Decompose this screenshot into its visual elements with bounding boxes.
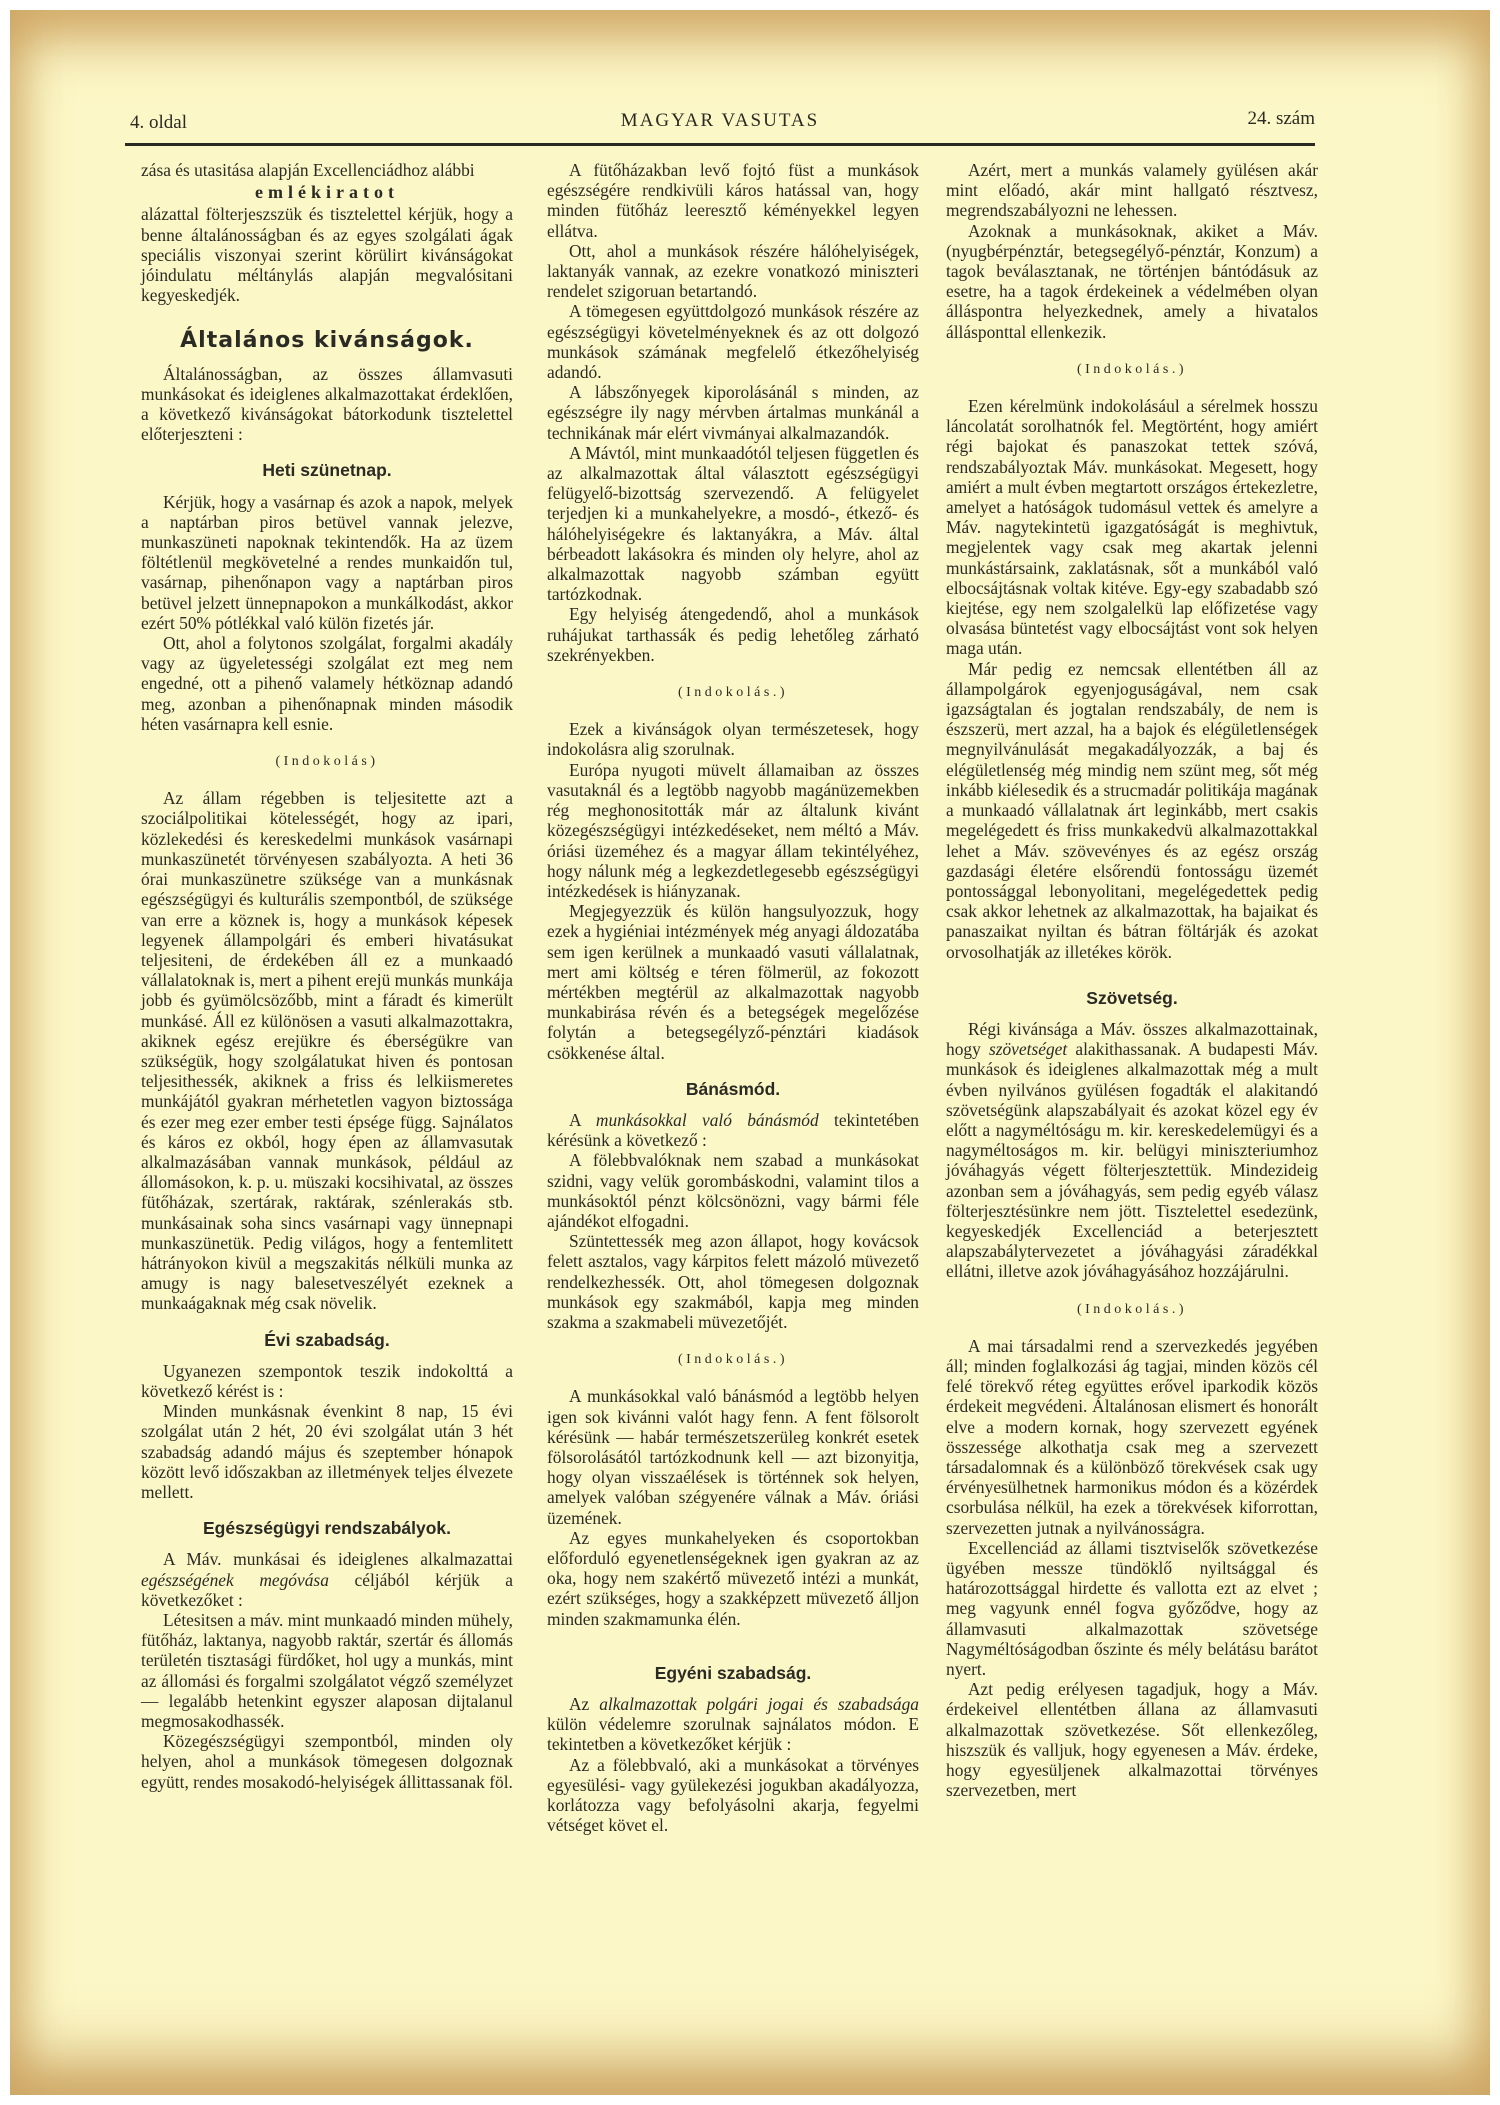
paragraph: Azt pedig erélyesen tagadjuk, hogy a Máv… <box>946 1679 1318 1800</box>
paragraph: Az egyes munkahelyeken és csoportokban e… <box>547 1528 919 1629</box>
paragraph: Kérjük, hogy a vasárnap és azok a napok,… <box>141 492 513 633</box>
paragraph: Európa nyugoti müvelt államaiban az össz… <box>547 760 919 901</box>
subheading-weekly-rest-day: Heti szünetnap. <box>141 460 513 480</box>
justification-label: (Indokolás.) <box>547 683 919 703</box>
subheading-personal-freedom: Egyéni szabadság. <box>547 1663 919 1683</box>
subheading-treatment: Bánásmód. <box>547 1079 919 1099</box>
paragraph: Azoknak a munkásoknak, akiket a Máv. (ny… <box>946 221 1318 342</box>
paragraph: zása és utasitása alapján Excellenciádho… <box>141 160 513 180</box>
paragraph: A fölebbvalóknak nem szabad a munkásokat… <box>547 1150 919 1231</box>
paragraph: Szüntettessék meg azon állapot, hogy kov… <box>547 1231 919 1332</box>
subheading-health-rules: Egészségügyi rendszabályok. <box>141 1518 513 1538</box>
paragraph: Régi kivánsága a Máv. összes alkalmazott… <box>946 1019 1318 1282</box>
paragraph: A lábszőnyegek kiporolásánál s minden, a… <box>547 382 919 443</box>
paragraph: Általánosságban, az összes államvasuti m… <box>141 364 513 445</box>
paragraph: Minden munkásnak évenkint 8 nap, 15 évi … <box>141 1401 513 1502</box>
paragraph: Létesitsen a máv. mint munkaadó minden m… <box>141 1610 513 1731</box>
paragraph: Az állam régebben is teljesitette azt a … <box>141 788 513 1313</box>
issue-number: 24. szám <box>1247 108 1315 130</box>
column-2: A fütőházakban levő fojtó füst a munkáso… <box>547 160 919 1835</box>
paragraph: Ugyanezen szempontok teszik indokolttá a… <box>141 1361 513 1401</box>
paragraph: A munkásokkal való bánásmód tekintetében… <box>547 1110 919 1150</box>
paragraph: Az a fölebbvaló, aki a munkásokat a törv… <box>547 1755 919 1836</box>
paragraph: Ezen kérelmünk indokolásául a sérelmek h… <box>946 396 1318 659</box>
page-header: 4. oldal MAGYAR VASUTAS 24. szám <box>125 108 1315 134</box>
header-rule <box>125 143 1315 146</box>
memo-heading: emlékiratot <box>141 182 513 202</box>
column-1: zása és utasitása alapján Excellenciádho… <box>141 160 513 1792</box>
newspaper-title: MAGYAR VASUTAS <box>125 110 1315 132</box>
paragraph: A Mávtól, mint munkaadótól teljesen függ… <box>547 443 919 605</box>
justification-label: (Indokolás.) <box>547 1350 919 1370</box>
paragraph: A munkásokkal való bánásmód a legtöbb he… <box>547 1386 919 1527</box>
justification-label: (Indokolás.) <box>946 360 1318 380</box>
column-3: Azért, mert a munkás valamely gyülésen a… <box>946 160 1318 1800</box>
justification-label: (Indokolás) <box>141 752 513 772</box>
paragraph: Az alkalmazottak polgári jogai és szabad… <box>547 1694 919 1755</box>
paragraph: Azért, mert a munkás valamely gyülésen a… <box>946 160 1318 221</box>
paragraph: Ezek a kivánságok olyan természetesek, h… <box>547 719 919 759</box>
paragraph: Közegészségügyi szempontból, minden oly … <box>141 1731 513 1792</box>
paragraph: Excellenciád az állami tisztviselők szöv… <box>946 1538 1318 1679</box>
subheading-federation: Szövetség. <box>946 988 1318 1008</box>
paragraph: Ott, ahol a folytonos szolgálat, forgalm… <box>141 633 513 734</box>
paragraph: Megjegyezzük és külön hangsulyozzuk, hog… <box>547 901 919 1063</box>
paragraph: Ott, ahol a munkások részére hálóhelyisé… <box>547 241 919 302</box>
paragraph: A Máv. munkásai és ideiglenes alkalmazat… <box>141 1549 513 1610</box>
paragraph: A fütőházakban levő fojtó füst a munkáso… <box>547 160 919 241</box>
paragraph: Egy helyiség átengedendő, ahol a munkáso… <box>547 604 919 665</box>
paragraph: alázattal fölterjeszszük és tisztelettel… <box>141 204 513 305</box>
justification-label: (Indokolás.) <box>946 1300 1318 1320</box>
section-heading-general-wishes: Általános kivánságok. <box>141 331 513 351</box>
paragraph: A mai társadalmi rend a szervezkedés jeg… <box>946 1336 1318 1538</box>
paragraph: Már pedig ez nemcsak ellentétben áll az … <box>946 659 1318 962</box>
subheading-annual-leave: Évi szabadság. <box>141 1330 513 1350</box>
paragraph: A tömegesen együttdolgozó munkások részé… <box>547 301 919 382</box>
